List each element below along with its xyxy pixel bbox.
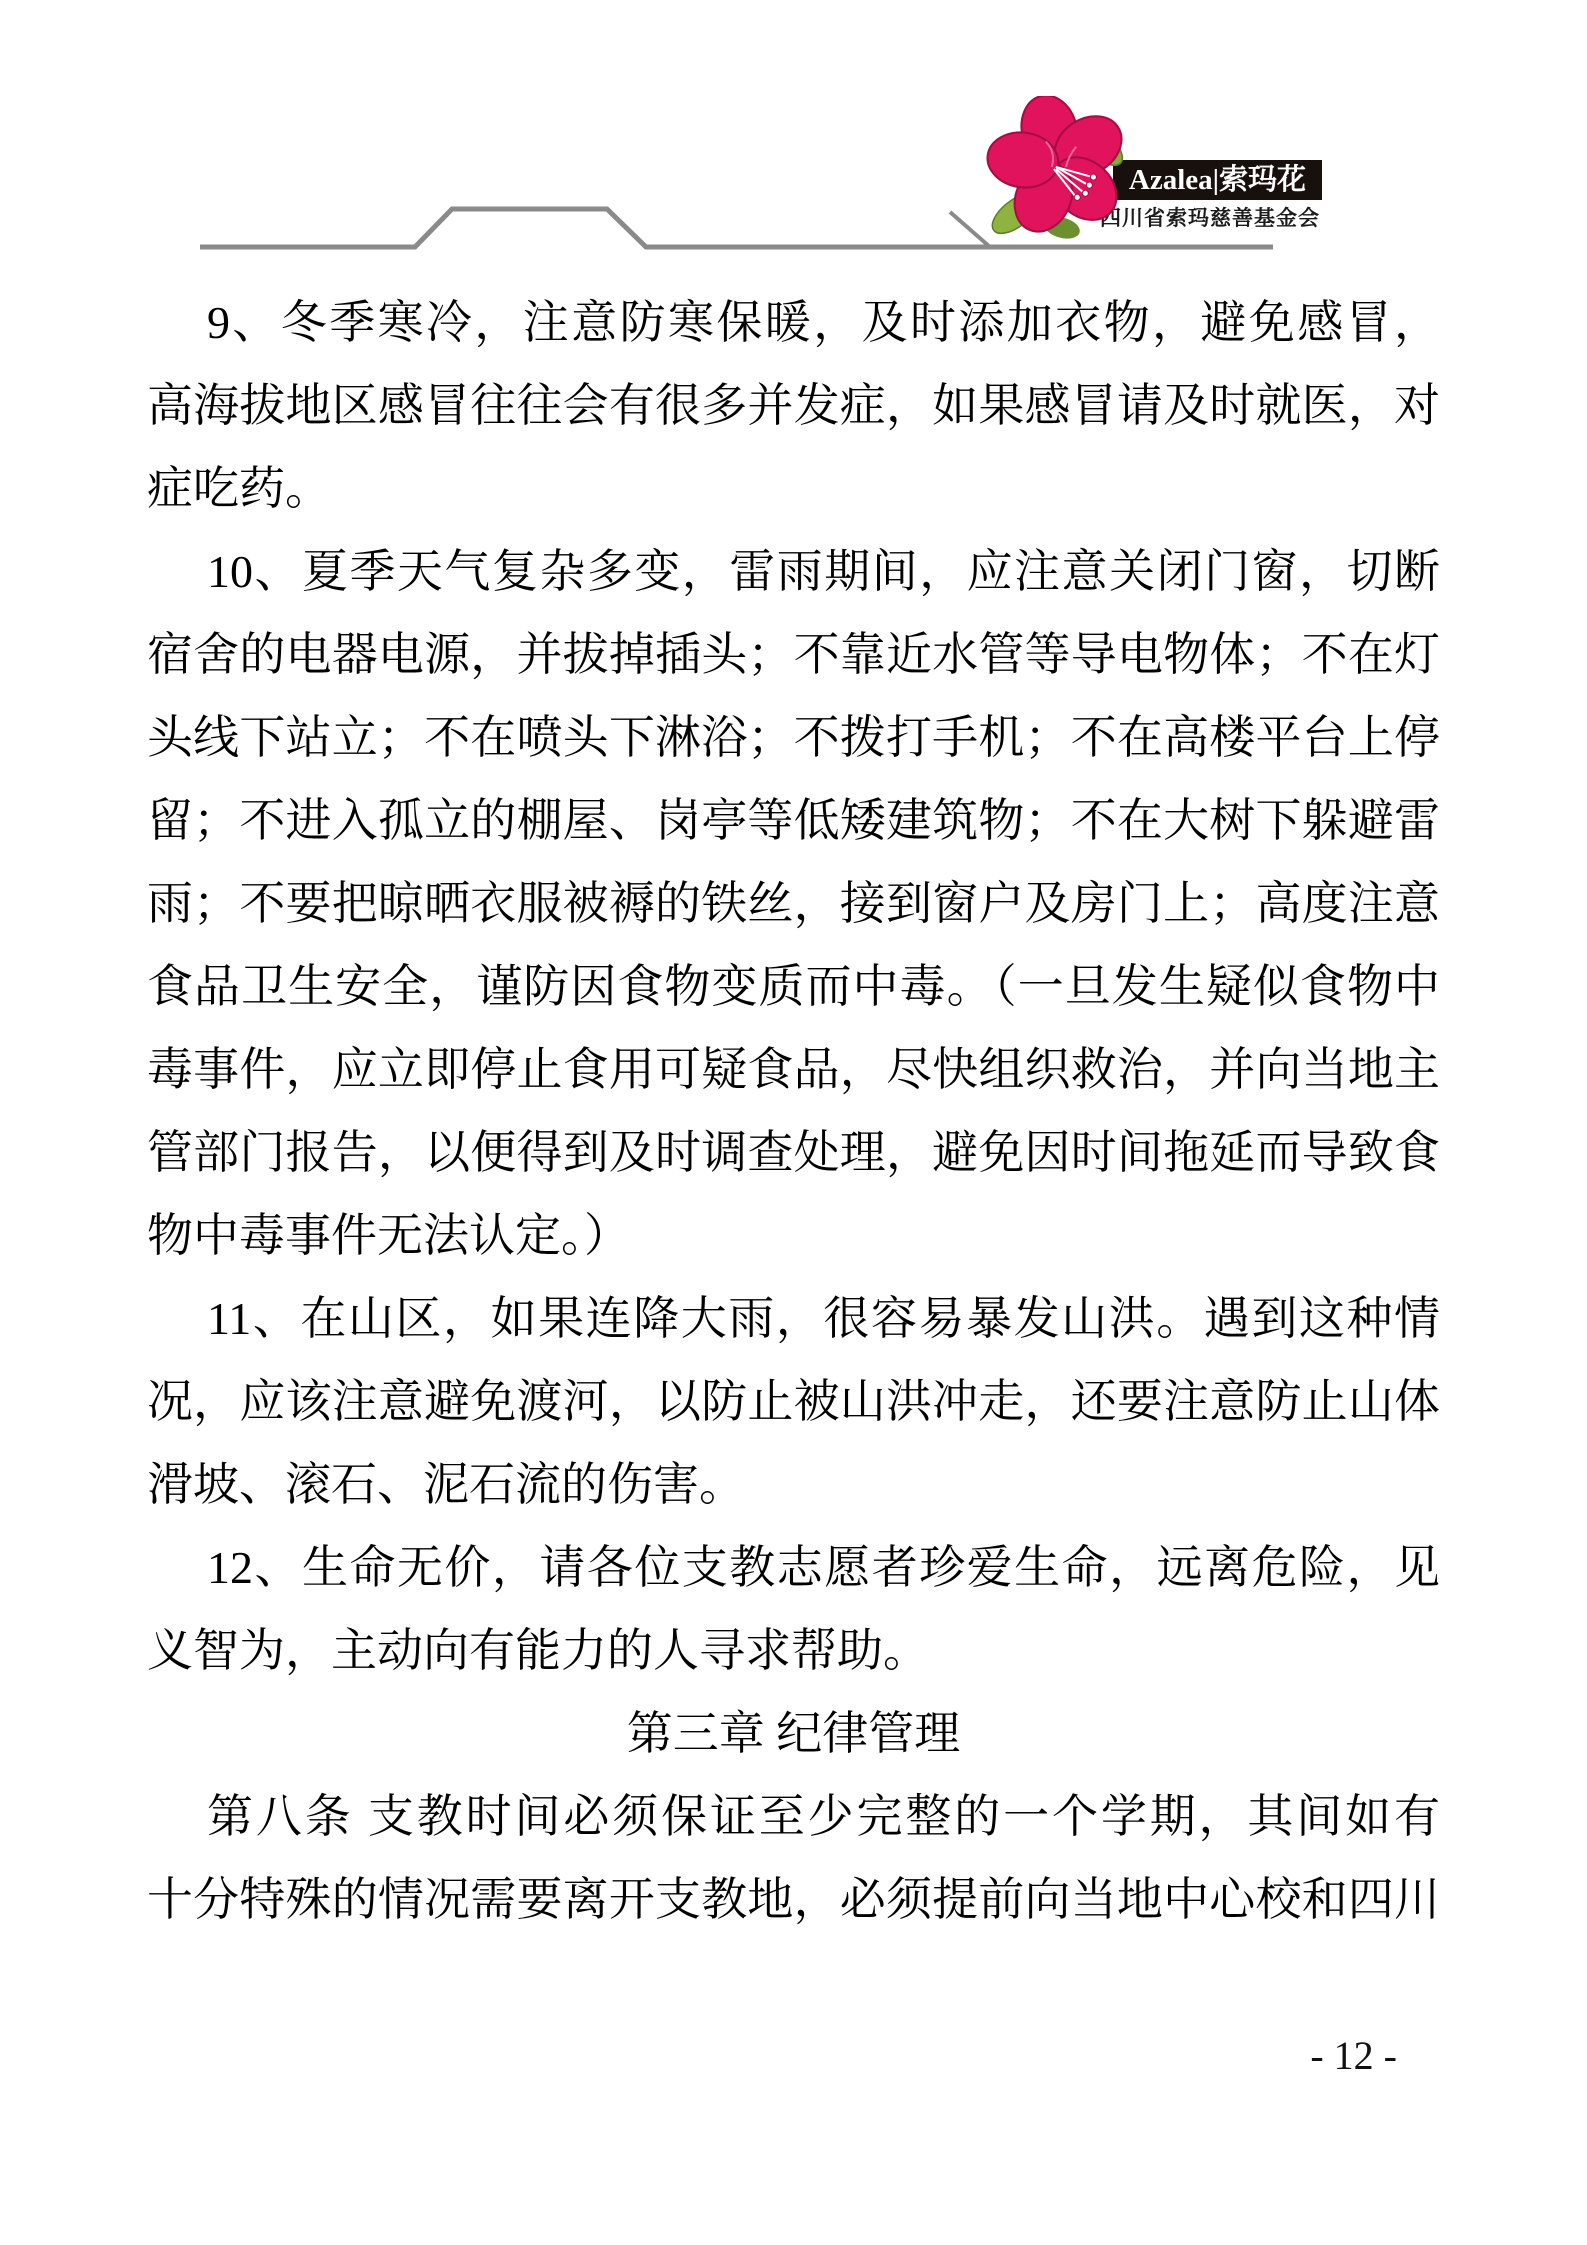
- document-page: Azalea|索玛花 四川省索玛慈善基金会 9、冬季寒冷，注意防寒保暖，及时添加…: [0, 0, 1587, 2245]
- paragraph-line: 物中毒事件无法认定。）: [147, 1194, 1440, 1277]
- paragraph-line: 留；不进入孤立的棚屋、岗亭等低矮建筑物；不在大树下躲避雷: [147, 779, 1440, 862]
- paragraph-line: 雨；不要把晾晒衣服被褥的铁丝，接到窗户及房门上；高度注意: [147, 862, 1440, 945]
- paragraph-line: 管部门报告，以便得到及时调查处理，避免因时间拖延而导致食: [147, 1111, 1440, 1194]
- paragraph-line: 9、冬季寒冷，注意防寒保暖，及时添加衣物，避免感冒，: [147, 281, 1440, 364]
- paragraph-line: 10、夏季天气复杂多变，雷雨期间，应注意关闭门窗，切断: [147, 530, 1440, 613]
- paragraph-line: 况，应该注意避免渡河，以防止被山洪冲走，还要注意防止山体: [147, 1360, 1440, 1443]
- paragraph-line: 11、在山区，如果连降大雨，很容易暴发山洪。遇到这种情: [147, 1277, 1440, 1360]
- logo-brand-text: Azalea|索玛花: [1129, 160, 1306, 200]
- azalea-flower-icon: [985, 96, 1137, 248]
- paragraph-line: 第八条 支教时间必须保证至少完整的一个学期，其间如有: [147, 1775, 1440, 1858]
- paragraph-line: 义智为，主动向有能力的人寻求帮助。: [147, 1609, 1440, 1692]
- paragraph-line: 症吃药。: [147, 447, 1440, 530]
- foundation-logo: Azalea|索玛花 四川省索玛慈善基金会: [985, 88, 1375, 258]
- paragraph-line: 十分特殊的情况需要离开支教地，必须提前向当地中心校和四川: [147, 1858, 1440, 1941]
- paragraph-line: 12、生命无价，请各位支教志愿者珍爱生命，远离危险，见: [147, 1526, 1440, 1609]
- paragraph-line: 食品卫生安全，谨防因食物变质而中毒。（一旦发生疑似食物中: [147, 945, 1440, 1028]
- page-number: - 12 -: [1310, 2032, 1397, 2080]
- paragraph-line: 头线下站立；不在喷头下淋浴；不拨打手机；不在高楼平台上停: [147, 696, 1440, 779]
- paragraph-line: 宿舍的电器电源，并拔掉插头；不靠近水管等导电物体；不在灯: [147, 613, 1440, 696]
- paragraph-line: 滑坡、滚石、泥石流的伤害。: [147, 1443, 1440, 1526]
- logo-banner: Azalea|索玛花: [1113, 160, 1322, 200]
- chapter-heading: 第三章 纪律管理: [147, 1692, 1440, 1775]
- paragraph-line: 高海拔地区感冒往往会有很多并发症，如果感冒请及时就医，对: [147, 364, 1440, 447]
- paragraph-line: 毒事件，应立即停止食用可疑食品，尽快组织救治，并向当地主: [147, 1028, 1440, 1111]
- document-body: 9、冬季寒冷，注意防寒保暖，及时添加衣物，避免感冒，高海拔地区感冒往往会有很多并…: [147, 281, 1440, 1941]
